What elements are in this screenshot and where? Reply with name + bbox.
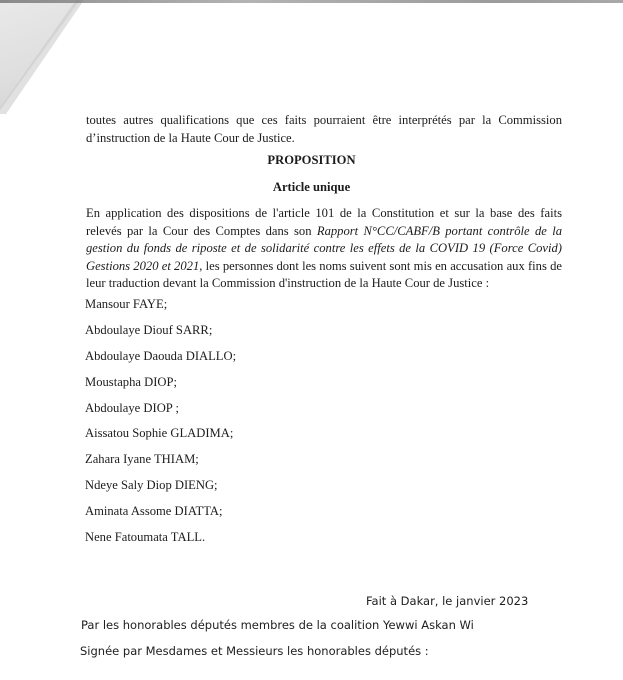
document-page: toutes autres qualifications que ces fai… bbox=[0, 0, 623, 680]
accused-name: Aissatou Sophie GLADIMA; bbox=[85, 425, 236, 451]
accused-name: Abdoulaye Diouf SARR; bbox=[85, 322, 236, 348]
article-paragraph: En application des dispositions de l'art… bbox=[86, 205, 562, 293]
accused-name: Abdoulaye Daouda DIALLO; bbox=[85, 348, 236, 374]
accused-name: Aminata Assome DIATTA; bbox=[85, 503, 236, 529]
accused-names-list: Mansour FAYE; Abdoulaye Diouf SARR; Abdo… bbox=[85, 296, 236, 555]
proposition-heading: PROPOSITION bbox=[0, 153, 623, 168]
accused-name: Zahara Iyane THIAM; bbox=[85, 451, 236, 477]
by-line: Par les honorables députés membres de la… bbox=[81, 618, 474, 632]
intro-paragraph: toutes autres qualifications que ces fai… bbox=[86, 112, 562, 147]
signed-line: Signée par Mesdames et Messieurs les hon… bbox=[80, 644, 429, 658]
accused-name: Mansour FAYE; bbox=[85, 296, 236, 322]
accused-name: Ndeye Saly Diop DIENG; bbox=[85, 477, 236, 503]
accused-name: Abdoulaye DIOP ; bbox=[85, 400, 236, 426]
accused-name: Moustapha DIOP; bbox=[85, 374, 236, 400]
accused-name: Nene Fatoumata TALL. bbox=[85, 529, 236, 555]
article-heading: Article unique bbox=[0, 180, 623, 195]
place-date: Fait à Dakar, le janvier 2023 bbox=[366, 594, 528, 608]
